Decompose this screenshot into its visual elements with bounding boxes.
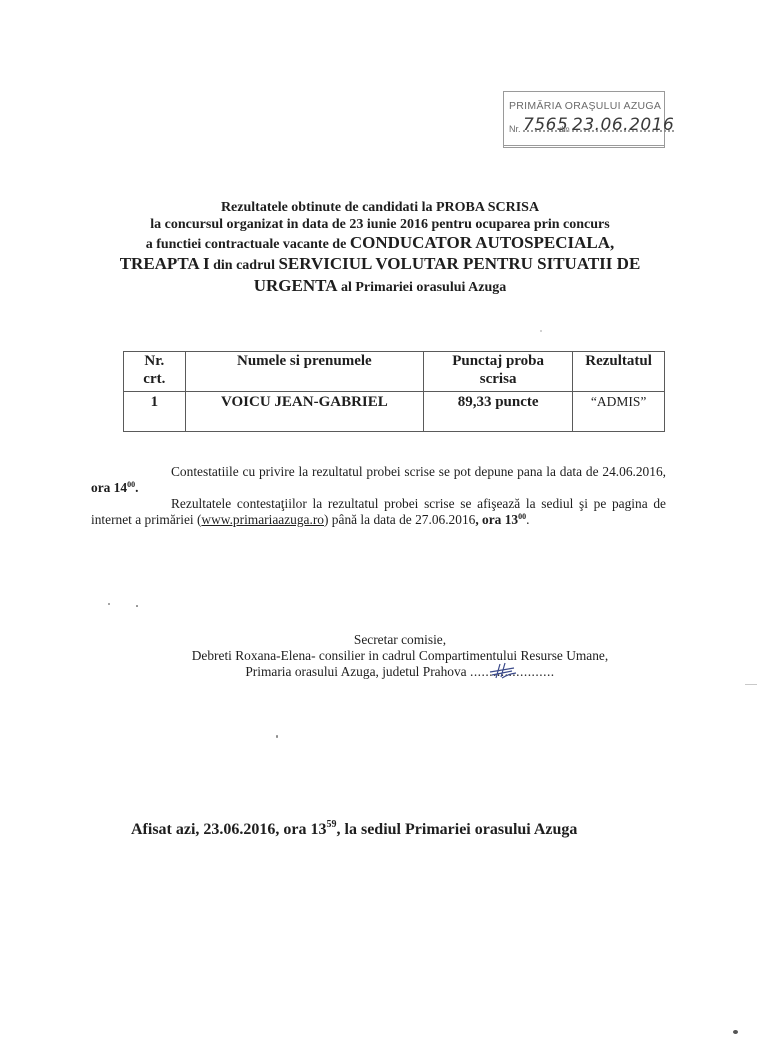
registration-stamp: PRIMĂRIA ORAŞULUI AZUGA Nr. 7565 din 23.… [503, 91, 665, 148]
header-score: Punctaj probascrisa [424, 352, 573, 392]
table-row: 1 VOICU JEAN-GABRIEL 89,33 puncte “ADMIS… [124, 392, 665, 432]
position-grade: TREAPTA I [120, 254, 210, 273]
signature-title: Secretar comisie, [150, 632, 650, 648]
document-page: PRIMĂRIA ORAŞULUI AZUGA Nr. 7565 din 23.… [0, 0, 760, 1045]
scan-speck [733, 1030, 738, 1034]
stamp-nr-label: Nr. [509, 124, 521, 134]
posting-notice: Afisat azi, 23.06.2016, ora 1359, la sed… [131, 821, 577, 839]
heading-line-5-suffix: al Primariei orasului Azuga [337, 280, 506, 295]
cell-result: “ADMIS” [573, 392, 665, 432]
cell-name: VOICU JEAN-GABRIEL [185, 392, 423, 432]
appeal-results-paragraph: Rezultatele contestaţiilor la rezultatul… [91, 496, 666, 528]
stamp-din-label: din [559, 125, 570, 134]
header-nr: Nr.crt. [124, 352, 186, 392]
heading-line-2: la concursul organizat in data de 23 iun… [60, 217, 700, 234]
heading-line-3-prefix: a functiei contractuale vacante de [146, 237, 350, 252]
heading-line-4-mid: din cadrul [210, 258, 279, 273]
document-heading: Rezultatele obtinute de candidati la PRO… [60, 200, 700, 296]
signature-block: Secretar comisie, Debreti Roxana-Elena- … [150, 632, 650, 680]
website-link[interactable]: www.primariaazuga.ro [201, 512, 324, 527]
handwritten-signature-icon [488, 662, 518, 680]
results-table: Nr.crt. Numele si prenumele Punctaj prob… [123, 351, 665, 432]
service-name-end: URGENTA [254, 276, 338, 295]
appeal-deadline-time: ora 1400. [91, 480, 138, 495]
cell-nr: 1 [124, 392, 186, 432]
stamp-institution: PRIMĂRIA ORAŞULUI AZUGA [509, 100, 661, 112]
appeal-deadline-paragraph: Contestatiile cu privire la rezultatul p… [91, 464, 666, 496]
scan-speck [276, 735, 278, 738]
appeal-results-time: , ora 1300 [475, 512, 526, 527]
scan-speck [136, 605, 138, 607]
header-name: Numele si prenumele [185, 352, 423, 392]
cell-score: 89,33 puncte [424, 392, 573, 432]
table-header-row: Nr.crt. Numele si prenumele Punctaj prob… [124, 352, 665, 392]
position-title: CONDUCATOR AUTOSPECIALA, [350, 233, 615, 252]
stamp-registration-line: Nr. 7565 din 23.06.2016 [509, 115, 659, 137]
heading-line-3: a functiei contractuale vacante de CONDU… [60, 233, 700, 254]
heading-line-5: URGENTA al Primariei orasului Azuga [60, 276, 700, 297]
heading-line-4: TREAPTA I din cadrul SERVICIUL VOLUTAR P… [60, 254, 700, 276]
scan-speck [108, 603, 110, 605]
service-name: SERVICIUL VOLUTAR PENTRU SITUATII DE [278, 254, 640, 273]
signature-institution: Primaria orasului Azuga, judetul Prahova… [150, 664, 650, 680]
header-result: Rezultatul [573, 352, 665, 392]
scan-speck [540, 330, 542, 332]
stamp-date-value: 23.06.2016 [572, 115, 674, 135]
signature-name: Debreti Roxana-Elena- consilier in cadru… [150, 648, 650, 664]
scan-mark [745, 684, 757, 685]
heading-line-1: Rezultatele obtinute de candidati la PRO… [60, 200, 700, 217]
